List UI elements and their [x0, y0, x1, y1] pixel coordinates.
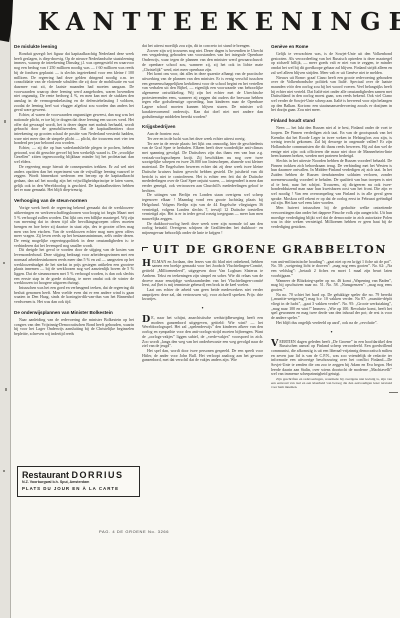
paragraph: Wanneer de Blitzkrieg-speler op no. 46 k…: [271, 279, 392, 293]
scan-edge-strip: [0, 0, 10, 618]
article-heading-mislukte-leening: De mislukte leening: [14, 44, 134, 50]
article-heading-krijgsbedrijven: Krijgsbedrijven: [142, 124, 263, 130]
article-heading-finland-houdt-stand: Finland houdt stand: [271, 118, 392, 124]
drop-cap: H: [142, 260, 152, 269]
ad-address: N.Z. Voorburgwal b.h. Spui, Amsterdam: [22, 480, 135, 485]
paragraph: Slechts in het uiterste Noorden hebben d…: [271, 159, 392, 206]
paragraph: Vorige week heeft de regeering bekend ge…: [14, 206, 134, 248]
grabbelton-column-left: HELMAN en Jordaan, den lezers van dit bl…: [142, 260, 263, 389]
scan-speck: [4, 120, 6, 123]
paragraph: Het komt ons voor, dat alles in deze qua…: [142, 72, 263, 119]
paragraph: De uitingen van Berlijn en Londen staan …: [142, 193, 263, 221]
advertisement-dorrius: Restaurant DORRIUS N.Z. Voorburgwal b.h.…: [17, 466, 140, 497]
scan-corner-blob: [0, 0, 13, 42]
section-separator-dot: •: [142, 306, 263, 312]
paragraph-text: EERTIEN dagen geleden heeft „De Groene” …: [271, 339, 392, 377]
scan-speck: [3, 262, 5, 264]
paragraph: VEERTIEN dagen geleden heeft „De Groene”…: [271, 340, 392, 378]
section-title: UIT DE GROENE GRABBELTON: [148, 243, 392, 256]
section-header-grabbelton: UIT DE GROENE GRABBELTON: [142, 243, 392, 256]
paragraph: Naar aanleiding van de redevoering die m…: [14, 318, 134, 337]
scan-speck: [3, 470, 5, 472]
paragraph: Gelijk te verwachten was, is de Sowjet-U…: [271, 52, 392, 76]
ad-restaurant-name: Restaurant DORRIUS: [22, 470, 135, 480]
paragraph: Het blijft dus ongelijk verdeeld op aard…: [271, 321, 392, 326]
grabbelton-column-right: van anti-militaristische houding”: „gaat…: [271, 260, 392, 389]
paragraph: Ronduit gezegd: het figuur dat kapitaalk…: [14, 52, 134, 113]
article-heading-onderwijsplannen: De onderwijsplannen van Minister Bolkest…: [14, 310, 134, 316]
article-heading-steun-normen: Verhooging van de steun-normen: [14, 198, 134, 204]
paragraph: De duikboot-oorlog heeft deze week weer …: [142, 222, 263, 236]
paragraph: Dit dreigde het geval te worden door de …: [14, 248, 134, 286]
paragraph: Echter, — zij die op hun vaderlandsliefd…: [14, 146, 134, 165]
paragraph: Men huivert intusschen bij de gedachte w…: [271, 206, 392, 230]
scan-edge-line: [10, 0, 11, 618]
ad-name-brand: DORRIUS: [72, 470, 124, 480]
article-heading-geneve-rome: Genève en Rome: [271, 44, 392, 50]
paragraph-text: E, naar het schijnt, anarchistische weds…: [142, 315, 263, 348]
columns-2-3: dat het uiterst moeilijk zou zijn, dit i…: [142, 44, 392, 540]
paragraph: Intusschen was het een goed en verheugen…: [14, 286, 134, 305]
paragraph-small-print: Zijn geschriften en redevoeringen, waarm…: [271, 377, 392, 389]
paragraph: De regeering moge hieruit de consequenti…: [14, 165, 134, 193]
paragraph: Laat ons echter de arbeid van geen beide…: [142, 288, 263, 302]
paragraph: Nieuws uit Rome: graaf Ciano heeft een g…: [271, 76, 392, 114]
page-title: KANTTEEKENINGEN: [38, 7, 390, 36]
column-3: Genève en Rome Gelijk te verwachten was,…: [271, 44, 392, 236]
drop-cap: D: [142, 316, 151, 325]
paragraph: Neen — het lukt den Russen niet al te be…: [271, 126, 392, 159]
paragraph: DE, naar het schijnt, anarchistische wed…: [142, 316, 263, 349]
paragraph: HELMAN en Jordaan, den lezers van dit bl…: [142, 260, 263, 288]
scan-speck: [5, 388, 7, 391]
paragraph: Zoover zijn wij trouwens nog niet. Dezer…: [142, 49, 263, 73]
page-footer: PAG. 4 DE GROENE No. 3266: [99, 529, 169, 534]
paragraph: Echter, al waren de voorwaarden ongunsti…: [14, 113, 134, 146]
column-2: dat het uiterst moeilijk zou zijn, dit i…: [142, 44, 263, 236]
section-separator-dot: •: [271, 330, 392, 336]
paragraph: van anti-militaristische houding”: „gaat…: [271, 260, 392, 279]
paragraph: Na no. 70 schiet het hard op. De gelukki…: [271, 293, 392, 321]
ad-tagline: PLATS DU JOUR EN À LA CARTE: [22, 486, 135, 492]
paragraph-text: ELMAN en Jordaan, den lezers van dit bla…: [142, 259, 263, 288]
paragraph: Ter zee in de eerste plaats: het lijkt o…: [142, 142, 263, 194]
ad-name-prefix: Restaurant: [22, 470, 69, 480]
newspaper-page: KANTTEEKENINGEN De mislukte leening Rond…: [0, 0, 400, 618]
paragraph: Het spel dan, wordt door twee personen g…: [142, 349, 263, 363]
